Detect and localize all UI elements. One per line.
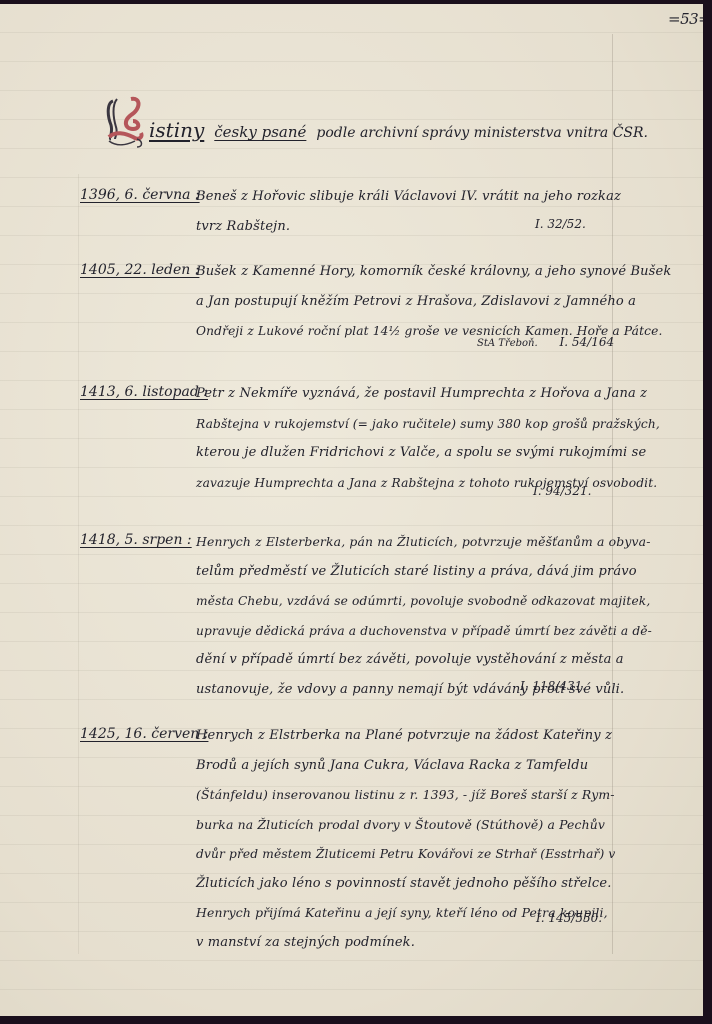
entry-date: 1418, 5. srpen : (80, 532, 192, 548)
entry-line: Bušek z Kamenné Hory, komorník české krá… (196, 262, 626, 292)
entry-line: Henrych z Elstrberka na Plané potvrzuje … (196, 726, 626, 756)
entry-reference: I. 94/321. (533, 484, 591, 498)
document-page: =53= istiny česky psané podle archivní s… (0, 4, 703, 1016)
entry-date: 1396, 6. června : (80, 187, 200, 203)
entry-text: Henrych z Elstrberka na Plané potvrzuje … (196, 726, 626, 962)
entry-line: kterou je dlužen Fridrichovi z Valče, a … (196, 443, 626, 473)
entry-date: 1405, 22. leden : (80, 262, 199, 278)
page-title: istiny česky psané podle archivní správy… (103, 99, 648, 149)
entry-line: Petr z Nekmíře vyznává, že postavil Hump… (196, 384, 626, 414)
scan-border (703, 0, 712, 1024)
illuminated-l-icon (103, 95, 147, 151)
entry-line: v manství za stejných podmínek. (196, 933, 626, 963)
entry-line: burka na Žluticích prodal dvory v Štouto… (196, 815, 626, 845)
entry-line: Žluticích jako léno s povinností stavět … (196, 874, 626, 904)
entry-line: upravuje dědická práva a duchovenstva v … (196, 621, 626, 651)
entry-reference-block: StA Třeboň. I. 54/164 (477, 335, 614, 349)
entry-reference: I. 32/52. (535, 217, 586, 231)
entry-line: dění v případě úmrtí bez závěti, povoluj… (196, 650, 626, 680)
entry-reference: I. 118/431. (520, 679, 586, 693)
entry-line: města Chebu, vzdává se odúmrti, povoluje… (196, 591, 626, 621)
entry-line: Henrych z Elsterberka, pán na Žluticích,… (196, 532, 626, 562)
entry-reference: I. 145/550. (536, 911, 602, 925)
entry-date: 1413, 6. listopad : (80, 384, 208, 400)
entry-line: a Jan postupují kněžím Petrovi z Hrašova… (196, 292, 626, 322)
title-main-word: istiny (149, 118, 204, 142)
title-description: podle archivní správy ministerstva vnitr… (316, 125, 648, 141)
title-subtitle: česky psané (214, 123, 306, 141)
archive-name: StA Třeboň. (477, 338, 538, 349)
entry-date: 1425, 16. červen : (80, 726, 208, 742)
entry-line: Beneš z Hořovic slibuje králi Václavovi … (196, 187, 626, 217)
entry-line: Brodů a jejích synů Jana Cukra, Václava … (196, 756, 626, 786)
entry-line: (Štánfeldu) inserovanou listinu z r. 139… (196, 785, 626, 815)
entry-line: Rabštejna v rukojemství (= jako ručitele… (196, 414, 626, 444)
left-margin-rule (78, 174, 79, 954)
entry-line: telům předměstí ve Žluticích staré listi… (196, 562, 626, 592)
entry-reference: I. 54/164 (560, 335, 615, 349)
decorated-initial-letter (103, 99, 147, 151)
entry-line: dvůr před městem Žluticemi Petru Kovářov… (196, 844, 626, 874)
